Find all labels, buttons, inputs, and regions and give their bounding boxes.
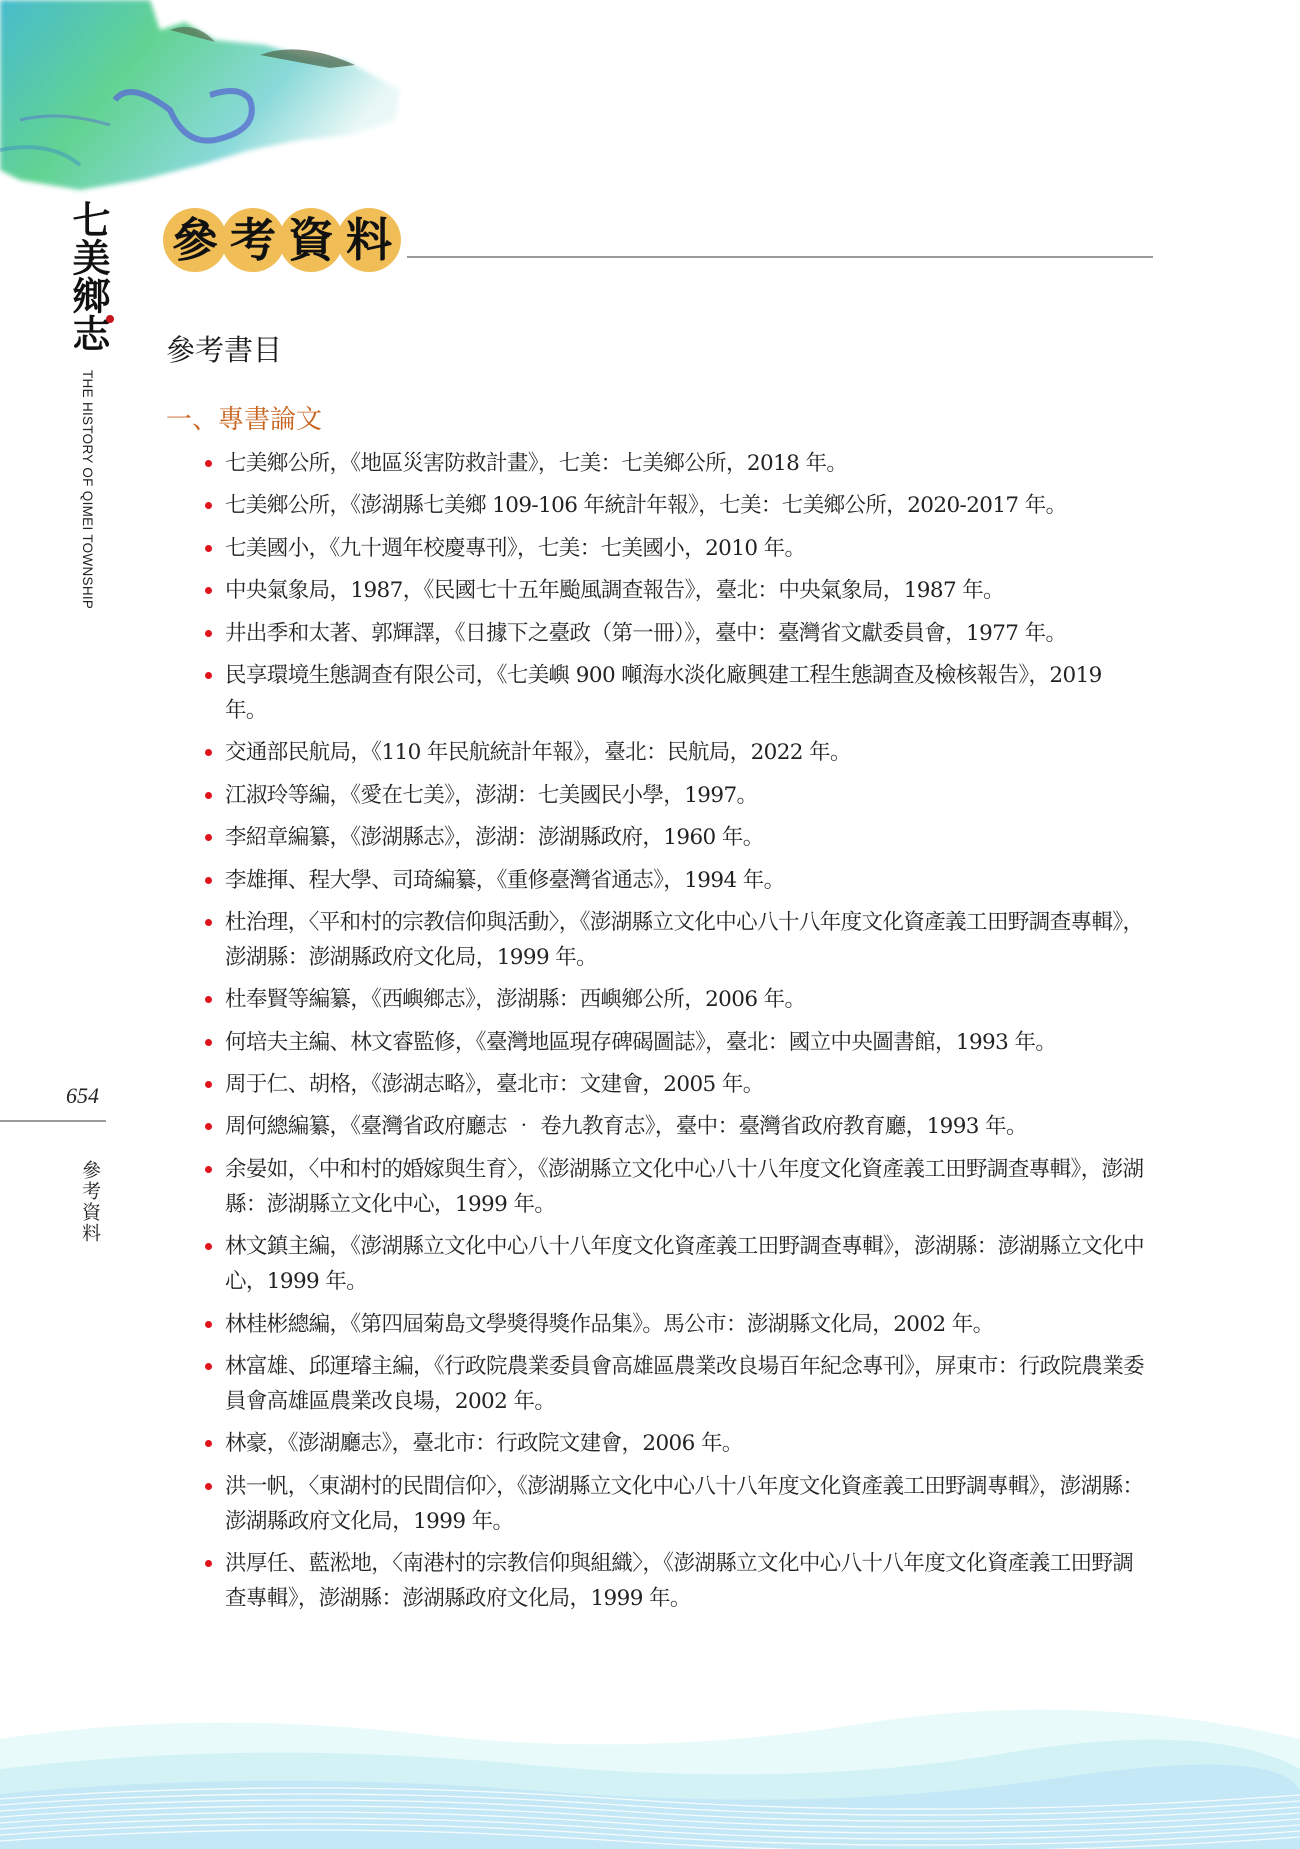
page-number: 654: [66, 1083, 99, 1109]
title-char: 料: [337, 208, 401, 272]
list-item: 民享環境生態調查有限公司，《七美嶼 900 噸海水淡化廠興建工程生態調查及檢核報…: [205, 658, 1145, 728]
list-item: 洪厚任、藍淞地，〈南港村的宗教信仰與組織〉，《澎湖縣立文化中心八十八年度文化資產…: [205, 1546, 1145, 1616]
reference-text: 七美鄉公所，《地區災害防救計畫》，七美：七美鄉公所，2018 年。: [225, 451, 847, 476]
bullet-icon: [205, 1483, 212, 1490]
reference-text: 林桂彬總編，《第四屆菊島文學獎得獎作品集》。馬公市：澎湖縣文化局，2002 年。: [225, 1312, 994, 1337]
bullet-icon: [205, 749, 212, 756]
red-seal-dot-icon: [106, 315, 114, 323]
bullet-icon: [205, 1039, 212, 1046]
reference-text: 七美國小，《九十週年校慶專刊》，七美：七美國小，2010 年。: [225, 536, 805, 561]
list-item: 林豪，《澎湖廳志》，臺北市：行政院文建會，2006 年。: [205, 1426, 1145, 1461]
reference-text: 林富雄、邱運璿主編，《行政院農業委員會高雄區農業改良場百年紀念專刊》，屏東市：行…: [225, 1354, 1144, 1414]
bullet-icon: [205, 502, 212, 509]
list-item: 交通部民航局，《110 年民航統計年報》，臺北：民航局，2022 年。: [205, 735, 1145, 770]
reference-text: 杜治理，〈平和村的宗教信仰與活動〉，《澎湖縣立文化中心八十八年度文化資產義工田野…: [225, 910, 1143, 970]
page-number-divider: [0, 1120, 106, 1122]
list-item: 井出季和太著、郭輝譯，《日據下之臺政（第一冊）》，臺中：臺灣省文獻委員會，197…: [205, 616, 1145, 651]
bullet-icon: [205, 1440, 212, 1447]
list-item: 周何總編纂，《臺灣省政府廳志 ‧ 卷九教育志》，臺中：臺灣省政府教育廳，1993…: [205, 1109, 1145, 1144]
section-label-vertical: 參考資料: [77, 1160, 104, 1244]
list-item: 何培夫主編、林文睿監修，《臺灣地區現存碑碣圖誌》，臺北：國立中央圖書館，1993…: [205, 1025, 1145, 1060]
title-char: 資: [279, 208, 343, 272]
bullet-icon: [205, 1123, 212, 1130]
reference-text: 中央氣象局，1987，《民國七十五年颱風調查報告》，臺北：中央氣象局，1987 …: [225, 578, 1004, 603]
bullet-icon: [205, 630, 212, 637]
bullet-icon: [205, 834, 212, 841]
bullet-icon: [205, 1081, 212, 1088]
reference-text: 江淑玲等編，《愛在七美》，澎湖：七美國民小學，1997。: [225, 783, 757, 808]
bullet-icon: [205, 1363, 212, 1370]
title-divider: [407, 256, 1153, 258]
subsection-heading: 一、專書論文: [166, 399, 322, 436]
reference-text: 李雄揮、程大學、司琦編纂，《重修臺灣省通志》，1994 年。: [225, 868, 785, 893]
reference-text: 井出季和太著、郭輝譯，《日據下之臺政（第一冊）》，臺中：臺灣省文獻委員會，197…: [225, 621, 1066, 646]
title-char: 參: [163, 208, 227, 272]
list-item: 洪一帆，〈東湖村的民間信仰〉，《澎湖縣立文化中心八十八年度文化資產義工田野調專輯…: [205, 1469, 1145, 1539]
reference-text: 洪一帆，〈東湖村的民間信仰〉，《澎湖縣立文化中心八十八年度文化資產義工田野調專輯…: [225, 1474, 1143, 1534]
list-item: 七美鄉公所，《澎湖縣七美鄉 109-106 年統計年報》，七美：七美鄉公所，20…: [205, 488, 1145, 523]
list-item: 林富雄、邱運璿主編，《行政院農業委員會高雄區農業改良場百年紀念專刊》，屏東市：行…: [205, 1349, 1145, 1419]
list-item: 七美鄉公所，《地區災害防救計畫》，七美：七美鄉公所，2018 年。: [205, 446, 1145, 481]
list-item: 周于仁、胡格，《澎湖志略》，臺北市：文建會，2005 年。: [205, 1067, 1145, 1102]
bullet-icon: [205, 545, 212, 552]
reference-text: 交通部民航局，《110 年民航統計年報》，臺北：民航局，2022 年。: [225, 740, 851, 765]
reference-text: 林豪，《澎湖廳志》，臺北市：行政院文建會，2006 年。: [225, 1431, 743, 1456]
title-char: 考: [221, 208, 285, 272]
list-item: 杜奉賢等編纂，《西嶼鄉志》，澎湖縣：西嶼鄉公所，2006 年。: [205, 982, 1145, 1017]
list-item: 杜治理，〈平和村的宗教信仰與活動〉，《澎湖縣立文化中心八十八年度文化資產義工田野…: [205, 905, 1145, 975]
bullet-icon: [205, 996, 212, 1003]
reference-text: 民享環境生態調查有限公司，《七美嶼 900 噸海水淡化廠興建工程生態調查及檢核報…: [225, 663, 1102, 723]
reference-list: 七美鄉公所，《地區災害防救計畫》，七美：七美鄉公所，2018 年。 七美鄉公所，…: [205, 446, 1145, 1624]
bullet-icon: [205, 919, 212, 926]
bullet-icon: [205, 792, 212, 799]
bullet-icon: [205, 1560, 212, 1567]
bullet-icon: [205, 1243, 212, 1250]
chapter-title: 參 考 資 料: [163, 208, 395, 272]
bullet-icon: [205, 1166, 212, 1173]
reference-text: 周何總編纂，《臺灣省政府廳志 ‧ 卷九教育志》，臺中：臺灣省政府教育廳，1993…: [225, 1114, 1027, 1139]
section-heading: 參考書目: [166, 328, 282, 369]
list-item: 林文鎮主編，《澎湖縣立文化中心八十八年度文化資產義工田野調查專輯》，澎湖縣：澎湖…: [205, 1229, 1145, 1299]
reference-text: 周于仁、胡格，《澎湖志略》，臺北市：文建會，2005 年。: [225, 1072, 764, 1097]
book-title-english: THE HISTORY OF QIMEI TOWNSHIP: [80, 370, 95, 609]
bullet-icon: [205, 587, 212, 594]
watercolor-island-illustration: [0, 0, 430, 200]
list-item: 中央氣象局，1987，《民國七十五年颱風調查報告》，臺北：中央氣象局，1987 …: [205, 573, 1145, 608]
bullet-icon: [205, 460, 212, 467]
list-item: 林桂彬總編，《第四屆菊島文學獎得獎作品集》。馬公市：澎湖縣文化局，2002 年。: [205, 1307, 1145, 1342]
list-item: 李紹章編纂，《澎湖縣志》，澎湖：澎湖縣政府，1960 年。: [205, 820, 1145, 855]
reference-text: 林文鎮主編，《澎湖縣立文化中心八十八年度文化資產義工田野調查專輯》，澎湖縣：澎湖…: [225, 1234, 1144, 1294]
list-item: 李雄揮、程大學、司琦編纂，《重修臺灣省通志》，1994 年。: [205, 863, 1145, 898]
reference-text: 李紹章編纂，《澎湖縣志》，澎湖：澎湖縣政府，1960 年。: [225, 825, 764, 850]
reference-text: 七美鄉公所，《澎湖縣七美鄉 109-106 年統計年報》，七美：七美鄉公所，20…: [225, 493, 1067, 518]
reference-text: 余晏如，〈中和村的婚嫁與生育〉，《澎湖縣立文化中心八十八年度文化資產義工田野調查…: [225, 1157, 1143, 1217]
list-item: 余晏如，〈中和村的婚嫁與生育〉，《澎湖縣立文化中心八十八年度文化資產義工田野調查…: [205, 1152, 1145, 1222]
bullet-icon: [205, 1321, 212, 1328]
list-item: 江淑玲等編，《愛在七美》，澎湖：七美國民小學，1997。: [205, 778, 1145, 813]
reference-text: 何培夫主編、林文睿監修，《臺灣地區現存碑碣圖誌》，臺北：國立中央圖書館，1993…: [225, 1030, 1056, 1055]
ocean-waves-decoration: [0, 1699, 1300, 1849]
reference-text: 洪厚任、藍淞地，〈南港村的宗教信仰與組織〉，《澎湖縣立文化中心八十八年度文化資產…: [225, 1551, 1133, 1611]
bullet-icon: [205, 672, 212, 679]
book-title-vertical: 七美鄉志: [66, 200, 110, 352]
reference-text: 杜奉賢等編纂，《西嶼鄉志》，澎湖縣：西嶼鄉公所，2006 年。: [225, 987, 805, 1012]
list-item: 七美國小，《九十週年校慶專刊》，七美：七美國小，2010 年。: [205, 531, 1145, 566]
bullet-icon: [205, 877, 212, 884]
